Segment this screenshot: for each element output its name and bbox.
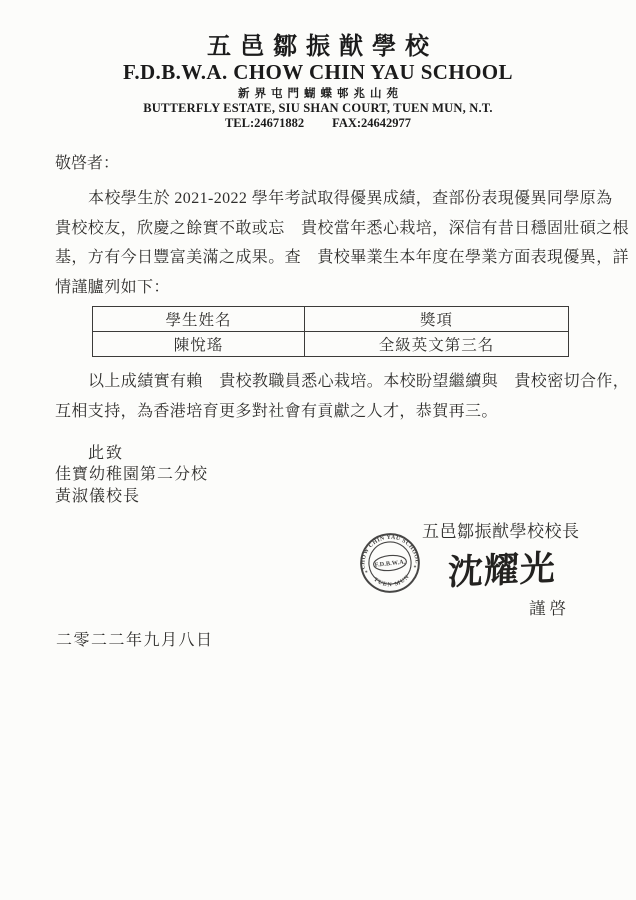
principal-signature: 沈耀光: [447, 541, 556, 596]
recipient-principal: 黃淑儀校長: [55, 483, 140, 506]
tel-number: TEL:24671882: [225, 116, 304, 130]
body-line: 基，方有今日豐富美滿之成果。查 貴校畢業生本年度在學業方面表現優異，詳: [55, 243, 629, 273]
stamp-ornament-right: *: [413, 565, 417, 571]
valediction: 此致: [88, 440, 124, 463]
paragraph-2: 以上成績實有賴 貴校教職員悉心栽培。本校盼望繼續與 貴校密切合作， 互相支持，為…: [55, 367, 629, 426]
letterhead: 五邑鄒振猷學校 F.D.B.W.A. CHOW CHIN YAU SCHOOL …: [0, 34, 636, 130]
body-line: 情謹臚列如下：: [55, 273, 629, 303]
body-line: 貴校校友，欣慶之餘實不敢或忘 貴校當年悉心栽培，深信有昔日穩固壯碩之根: [55, 214, 629, 244]
table-header-student-name: 學生姓名: [93, 307, 305, 332]
awards-table: 學生姓名 獎項 陳悅瑤 全級英文第三名: [92, 306, 569, 357]
stamp-ornament-left: *: [365, 570, 369, 576]
body-line: 互相支持，為香港培育更多對社會有貢獻之人才，恭賀再三。: [55, 397, 629, 427]
award-cell: 全級英文第三名: [305, 332, 569, 357]
school-seal-stamp-icon: CHOW CHIN YAU SCHOOL TUEN MUN * * F.D.B.…: [356, 529, 424, 597]
table-header-award: 獎項: [305, 307, 569, 332]
contact-row: TEL:24671882FAX:24642977: [0, 117, 636, 130]
school-name-english: F.D.B.W.A. CHOW CHIN YAU SCHOOL: [0, 60, 636, 85]
paragraph-1: 本校學生於 2021-2022 學年考試取得優異成績，查部份表現優異同學原為 貴…: [55, 184, 629, 302]
sender-title: 五邑鄒振猷學校校長: [422, 517, 580, 542]
school-address-chinese: 新界屯門蝴蝶邨兆山苑: [0, 87, 636, 101]
student-name-cell: 陳悅瑤: [93, 332, 305, 357]
body-line: 本校學生於 2021-2022 學年考試取得優異成績，查部份表現優異同學原為: [55, 184, 629, 214]
table-row: 陳悅瑤 全級英文第三名: [93, 332, 569, 357]
school-name-chinese: 五邑鄒振猷學校: [0, 34, 636, 60]
school-address-english: BUTTERFLY ESTATE, SIU SHAN COURT, TUEN M…: [0, 102, 636, 115]
letter-document: 五邑鄒振猷學校 F.D.B.W.A. CHOW CHIN YAU SCHOOL …: [0, 0, 636, 900]
sign-off: 謹啓: [529, 595, 570, 619]
recipient-school: 佳寶幼稚園第二分校: [55, 461, 208, 484]
body-line: 以上成績實有賴 貴校教職員悉心栽培。本校盼望繼續與 貴校密切合作，: [55, 367, 629, 397]
fax-number: FAX:24642977: [332, 116, 411, 130]
letter-date: 二零二二年九月八日: [56, 627, 214, 650]
salutation: 敬啓者：: [55, 150, 119, 173]
table-header-row: 學生姓名 獎項: [93, 307, 569, 332]
